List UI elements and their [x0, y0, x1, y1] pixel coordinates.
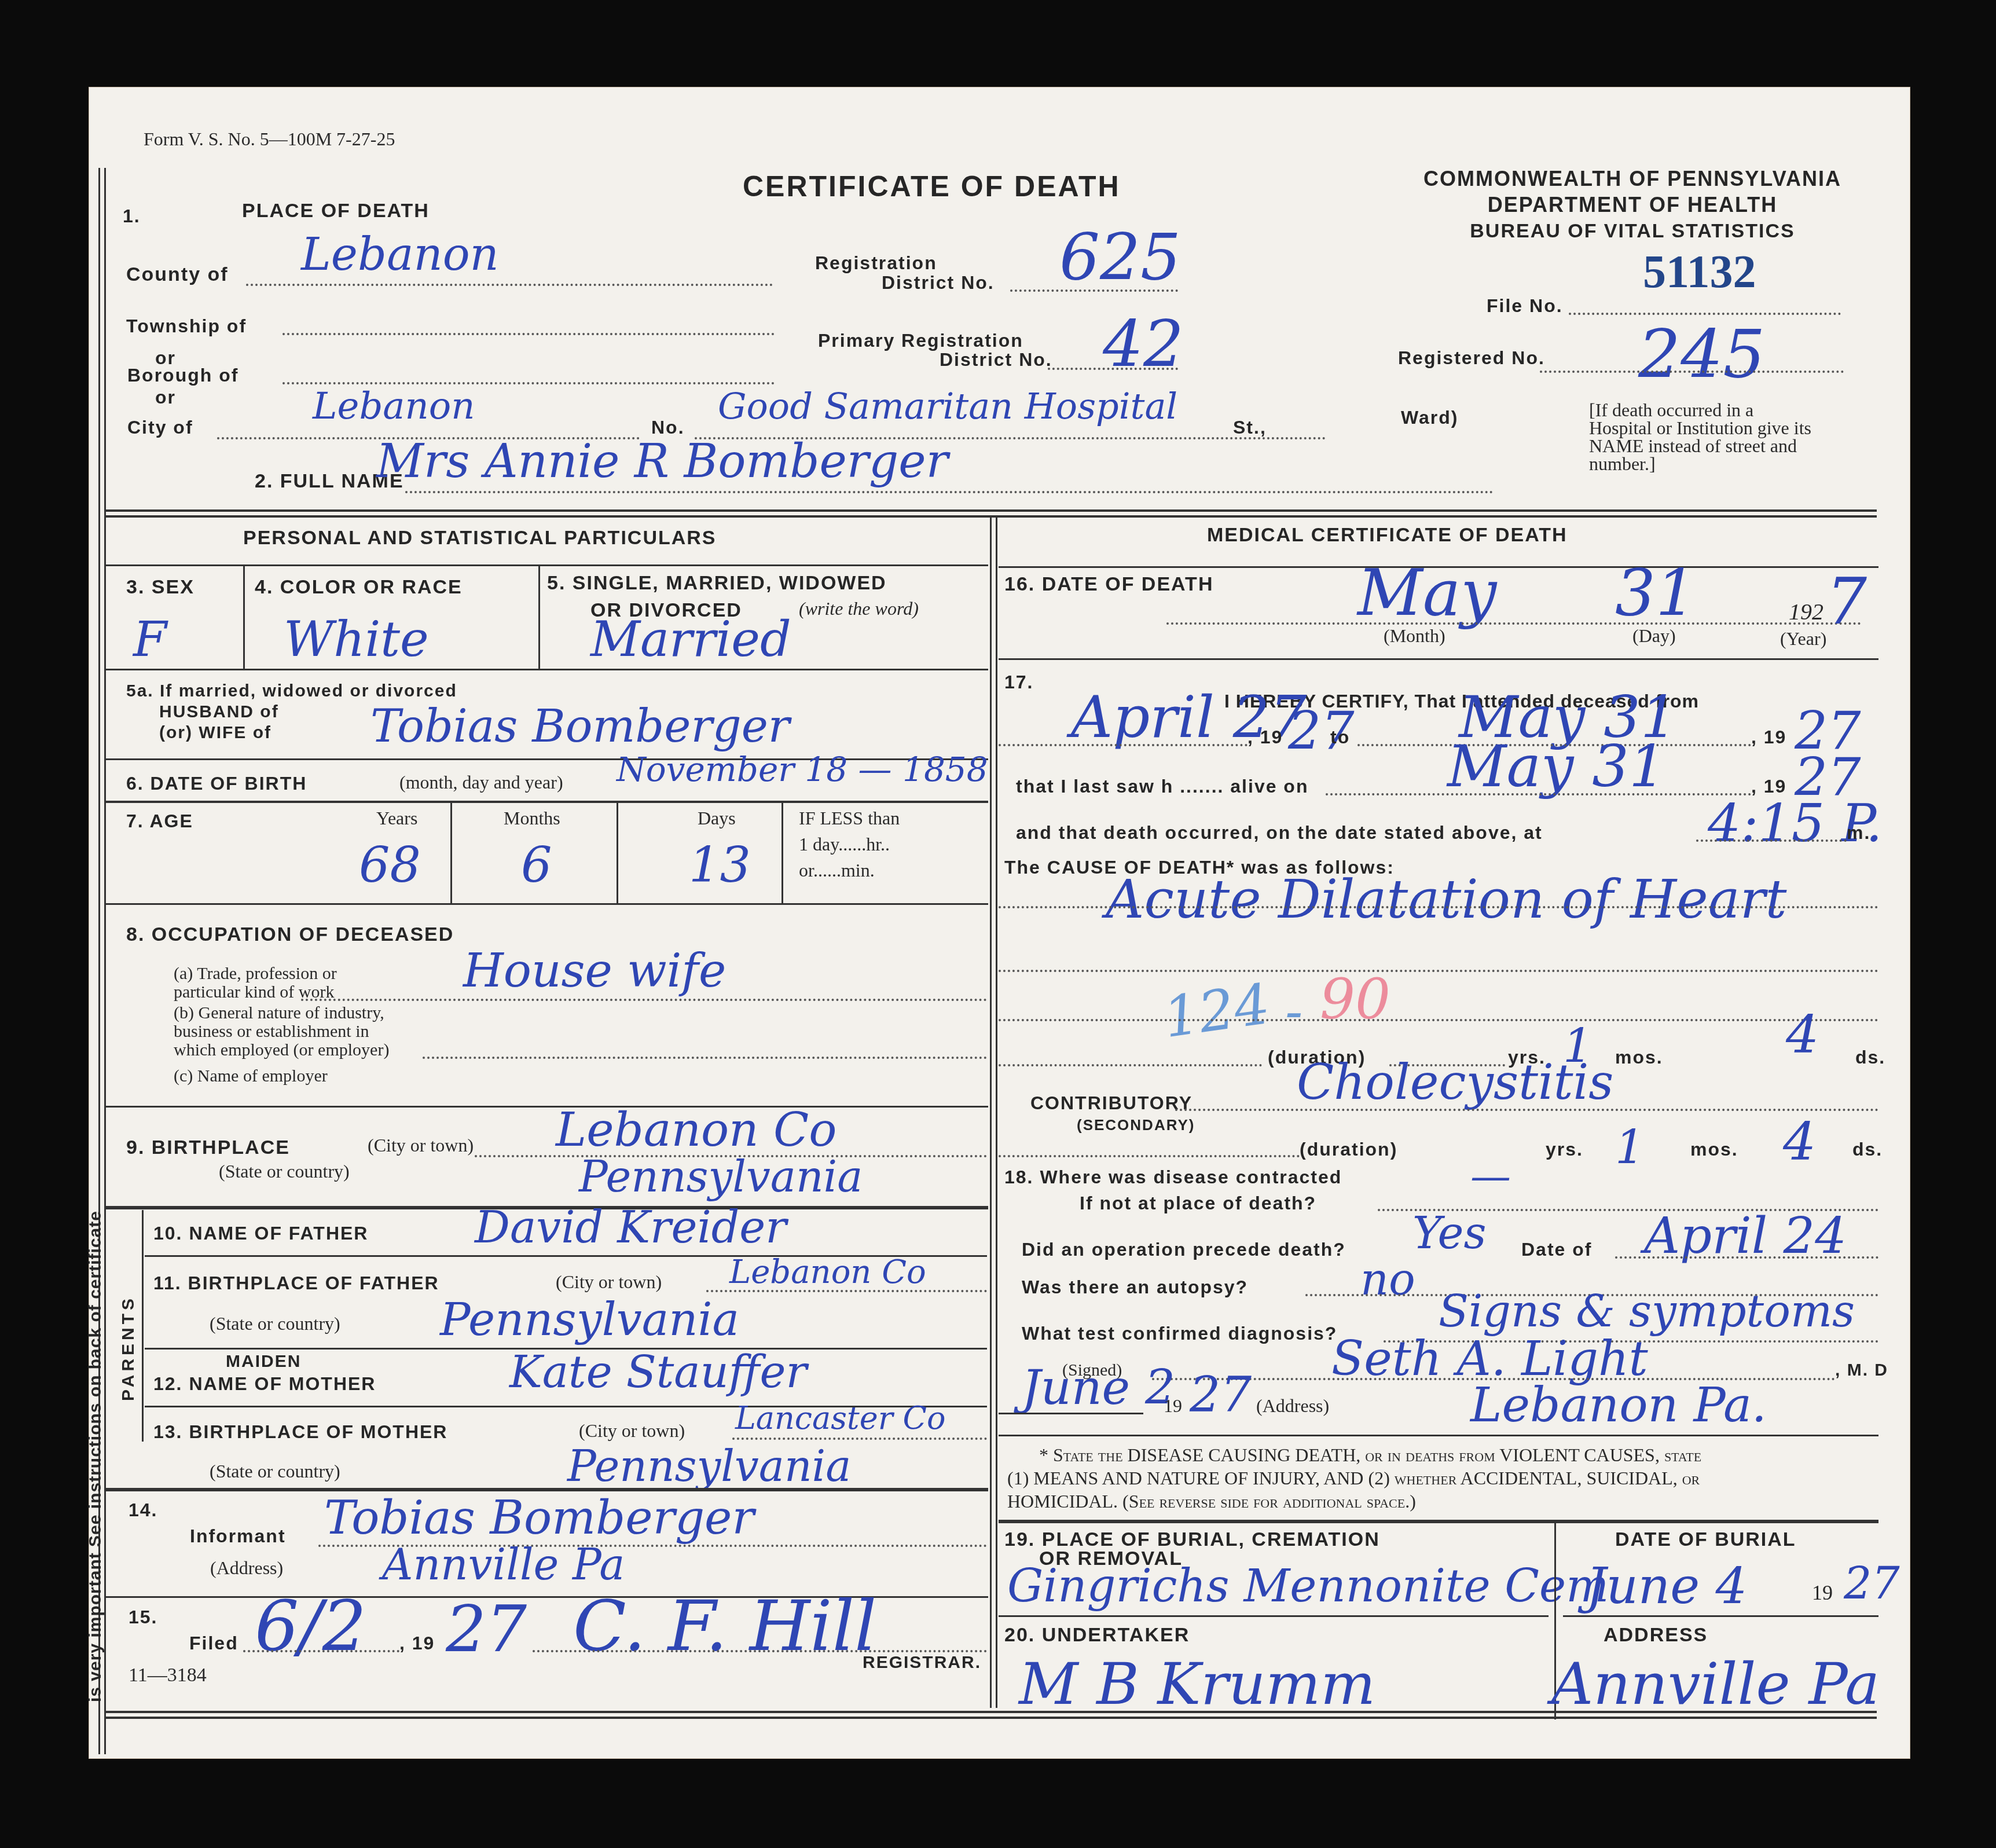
physician-address-label: (Address) [1256, 1395, 1329, 1417]
file-number-line [1569, 313, 1841, 315]
county-value: Lebanon [301, 229, 499, 281]
last-saw-value: May 31 [1447, 732, 1666, 800]
cause-of-death-value: Acute Dilatation of Heart [1106, 868, 1787, 930]
full-name-line [405, 491, 1494, 493]
registration-district-label-2: District No. [882, 272, 995, 294]
last-saw-label: that I last saw h ....... alive on [1016, 776, 1308, 797]
death-year-hint: (Year) [1780, 628, 1826, 650]
burial-place-value: Gingrichs Mennonite Cem [1007, 1560, 1609, 1612]
row-divider [105, 669, 988, 670]
sex-label: 3. SEX [126, 576, 195, 599]
time-of-death-line [1696, 839, 1847, 842]
cell-divider [781, 802, 783, 903]
death-day-hint: (Day) [1632, 625, 1676, 647]
ward-label: Ward) [1401, 407, 1458, 428]
registration-district-label-1: Registration [815, 252, 937, 274]
time-of-death-suffix: m. [1847, 822, 1870, 844]
race-value: White [284, 611, 429, 668]
mother-birthplace-state-value: Pennsylvania [567, 1442, 851, 1491]
marital-label-1: 5. SINGLE, MARRIED, WIDOWED [547, 572, 887, 595]
township-line [282, 333, 775, 335]
cell-divider [450, 802, 452, 903]
attended-to-label: to [1330, 727, 1350, 748]
last-saw-line [1326, 793, 1751, 795]
contributory-value: Cholecystitis [1297, 1054, 1613, 1110]
row-divider [105, 1106, 988, 1108]
marital-value: Married [590, 611, 791, 668]
issuer-department: DEPARTMENT OF HEALTH [1386, 193, 1878, 217]
age-years-value: 68 [359, 837, 421, 893]
dob-hint: (month, day and year) [399, 772, 563, 793]
dob-label: 6. DATE OF BIRTH [126, 773, 307, 794]
attended-to-year-prefix: , 19 [1751, 727, 1786, 748]
registrar-signature: C. F. Hill [573, 1586, 876, 1667]
street-suffix-label: St., [1233, 417, 1267, 438]
cell-divider [538, 564, 540, 669]
signed-year-value: 27 [1190, 1366, 1252, 1423]
father-birthplace-city-line [706, 1290, 987, 1292]
burial-date-value: June 4 [1586, 1557, 1747, 1615]
footnote-line-1: * State the DISEASE CAUSING DEATH, or in… [1039, 1444, 1701, 1466]
print-code: 11—3184 [129, 1664, 207, 1686]
sex-value: F [133, 611, 167, 668]
primary-registration-label-2: District No. [940, 349, 1052, 371]
footnote-line-2: (1) MEANS AND NATURE OF INJURY, AND (2) … [1007, 1468, 1700, 1489]
informant-address-label: (Address) [210, 1557, 283, 1579]
father-birthplace-state-hint: (State or country) [210, 1313, 340, 1334]
filed-date-line [243, 1650, 399, 1652]
informant-name-value: Tobias Bomberger [324, 1491, 754, 1545]
father-birthplace-city-value: Lebanon Co [729, 1253, 926, 1291]
filed-label: Filed [189, 1633, 239, 1654]
father-birthplace-label: 11. BIRTHPLACE OF FATHER [153, 1273, 439, 1294]
contracted-value: — [1470, 1152, 1511, 1200]
burial-year-prefix: 19 [1812, 1581, 1833, 1605]
date-of-death-label: 16. DATE OF DEATH [1004, 573, 1213, 596]
registrar-label: REGISTRAR. [863, 1653, 981, 1673]
operation-date-label: Date of [1521, 1239, 1592, 1260]
death-day-value: 31 [1615, 556, 1696, 630]
contracted-label-1: 18. Where was disease contracted [1004, 1167, 1342, 1188]
cell-divider [243, 564, 245, 669]
margin-instructions-note: is very important See instructions on ba… [86, 1211, 105, 1702]
age-years-label: Years [376, 808, 417, 829]
age-months-value: 6 [521, 837, 552, 893]
city-label: City of [127, 417, 193, 438]
occupation-b-label-3: which employed (or employer) [174, 1040, 389, 1060]
occupation-a-label-1: (a) Trade, profession or [174, 964, 337, 984]
filed-date-value: 6/2 [255, 1586, 366, 1667]
test-label: What test confirmed diagnosis? [1022, 1323, 1337, 1344]
informant-label: Informant [190, 1526, 286, 1547]
or-label-2: or [155, 387, 176, 408]
medical-section-heading: MEDICAL CERTIFICATE OF DEATH [1207, 524, 1568, 547]
birthplace-label: 9. BIRTHPLACE [126, 1136, 290, 1159]
secondary-label: (SECONDARY) [1077, 1116, 1195, 1134]
certificate-title: CERTIFICATE OF DEATH [743, 170, 1121, 203]
burial-place-line [999, 1615, 1549, 1617]
signed-year-prefix: 19 [1164, 1395, 1182, 1417]
contrib-mos-label: mos. [1690, 1139, 1738, 1160]
duration-line [999, 1064, 1262, 1066]
time-of-death-label: and that death occurred, on the date sta… [1016, 822, 1543, 844]
birthplace-state-value: Pennsylvania [579, 1152, 863, 1202]
contrib-duration-months: 1 [1615, 1120, 1645, 1174]
row-divider [105, 801, 988, 803]
burial-date-label: DATE OF BURIAL [1615, 1528, 1796, 1551]
undertaker-address-value: Annville Pa [1551, 1650, 1880, 1718]
registration-district-line [1010, 289, 1178, 292]
father-birthplace-state-value: Pennsylvania [440, 1294, 739, 1346]
column-divider [996, 515, 997, 1708]
cause-line-3 [999, 1019, 1878, 1021]
column-divider [990, 515, 992, 1708]
primary-registration-line [1048, 368, 1178, 370]
borough-line [282, 382, 775, 384]
registered-number-line [1540, 371, 1844, 373]
father-name-value: David Kreider [475, 1201, 787, 1253]
operation-value: Yes [1412, 1207, 1487, 1259]
age-less-label-1: IF LESS than [799, 808, 900, 829]
age-days-label: Days [698, 808, 736, 829]
primary-registration-label-1: Primary Registration [818, 330, 1023, 351]
cell-divider [617, 802, 618, 903]
operation-date-line [1615, 1256, 1878, 1259]
cause-line-1 [999, 906, 1878, 908]
mother-name-value: Kate Stauffer [509, 1346, 807, 1398]
occupation-b-line [423, 1057, 987, 1059]
cause-duration-days: 4 [1786, 1004, 1819, 1065]
spouse-label-1: 5a. If married, widowed or divorced [126, 681, 457, 701]
dob-value: November 18 — 1858 [617, 750, 988, 789]
contrib-yrs-label: yrs. [1546, 1139, 1583, 1160]
street-value: Good Samaritan Hospital [718, 385, 1177, 427]
mother-name-label: 12. NAME OF MOTHER [153, 1373, 376, 1395]
age-days-value: 13 [689, 837, 751, 893]
age-less-label-2: 1 day......hr.. [799, 834, 890, 855]
registrar-line [533, 1650, 987, 1652]
date-of-death-line [1166, 622, 1861, 625]
county-line [246, 284, 773, 286]
occupation-a-line [301, 999, 987, 1001]
row-divider [999, 1520, 1878, 1523]
row-divider [999, 1435, 1878, 1436]
death-month-hint: (Month) [1384, 625, 1445, 647]
item-1-number: 1. [123, 206, 141, 227]
informant-address-value: Annville Pa [382, 1540, 625, 1590]
mother-birthplace-city-value: Lancaster Co [735, 1400, 945, 1436]
contrib-duration-line [999, 1155, 1300, 1157]
personal-section-heading: PERSONAL AND STATISTICAL PARTICULARS [243, 527, 717, 549]
attended-from-year-prefix: , 19 [1247, 727, 1283, 748]
filed-year-prefix: , 19 [399, 1633, 435, 1654]
duration-ds-label: ds. [1855, 1047, 1885, 1068]
occupation-a-value: House wife [463, 944, 726, 998]
township-label: Township of [126, 316, 247, 337]
mother-birthplace-state-hint: (State or country) [210, 1461, 340, 1482]
attended-from-line [999, 744, 1247, 746]
mother-birthplace-city-hint: (City or town) [579, 1420, 685, 1442]
occupation-b-label-1: (b) General nature of industry, [174, 1003, 384, 1023]
burial-date-line [1563, 1615, 1878, 1617]
age-less-label-3: or......min. [799, 860, 875, 881]
signed-date-line [999, 1413, 1143, 1414]
undertaker-label: 20. UNDERTAKER [1004, 1624, 1190, 1647]
item-14-number: 14. [129, 1499, 157, 1521]
father-birthplace-city-hint: (City or town) [556, 1271, 662, 1293]
row-divider [999, 658, 1878, 660]
contracted-label-2: If not at place of death? [1080, 1193, 1316, 1214]
birthplace-city-value: Lebanon Co [556, 1103, 836, 1157]
age-months-label: Months [504, 808, 560, 829]
contrib-duration-days: 4 [1783, 1112, 1816, 1172]
occupation-label: 8. OCCUPATION OF DECEASED [126, 923, 454, 946]
parents-divider [142, 1210, 144, 1442]
item-15-number: 15. [129, 1607, 157, 1628]
signed-date-value: June 2 [1022, 1361, 1175, 1416]
death-year-prefix: 192 [1789, 598, 1823, 625]
city-value: Lebanon [313, 385, 475, 428]
file-number: 51132 [1643, 246, 1756, 299]
marital-label-3: (write the word) [799, 598, 919, 619]
death-year-value: 7 [1826, 564, 1867, 639]
occupation-c-label: (c) Name of employer [174, 1066, 328, 1086]
race-label: 4. COLOR OR RACE [255, 576, 463, 599]
filed-year-value: 27 [446, 1592, 527, 1666]
contrib-ds-label: ds. [1852, 1139, 1883, 1160]
footnote-line-3: HOMICIDAL. (See reverse side for additio… [1007, 1491, 1416, 1512]
borough-label: Borough of [127, 365, 239, 386]
spouse-label-3: (or) WIFE of [159, 723, 271, 743]
item-17-number: 17. [1004, 672, 1033, 693]
autopsy-label: Was there an autopsy? [1022, 1277, 1248, 1298]
footer-divider [105, 1711, 1877, 1719]
physician-address-value: Lebanon Pa. [1470, 1378, 1767, 1433]
undertaker-value: M B Krumm [1019, 1650, 1375, 1718]
birthplace-state-hint: (State or country) [219, 1161, 350, 1182]
full-name-value: Mrs Annie R Bomberger [376, 434, 948, 488]
autopsy-value: no [1360, 1253, 1415, 1305]
undertaker-address-label: ADDRESS [1604, 1624, 1708, 1647]
place-of-death-heading: PLACE OF DEATH [242, 200, 430, 222]
burial-year-value: 27 [1844, 1557, 1900, 1609]
md-label: , M. D [1835, 1361, 1888, 1380]
contrib-duration-label: (duration) [1300, 1139, 1397, 1160]
contributory-label: CONTRIBUTORY [1030, 1092, 1193, 1114]
county-label: County of [126, 263, 229, 286]
form-id: Form V. S. No. 5—100M 7-27-25 [144, 129, 395, 150]
spouse-label-2: HUSBAND of [159, 702, 279, 722]
duration-mos-label: mos. [1615, 1047, 1663, 1068]
hospital-note: [If death occurred in a Hospital or Inst… [1589, 401, 1821, 473]
cause-code-dash: - [1285, 981, 1302, 1042]
row-divider [105, 903, 988, 905]
spouse-value: Tobias Bomberger [370, 701, 790, 753]
issuer-bureau: BUREAU OF VITAL STATISTICS [1386, 220, 1878, 243]
occupation-b-label-2: business or establishment in [174, 1022, 369, 1042]
father-name-label: 10. NAME OF FATHER [153, 1223, 368, 1244]
death-month-value: May [1357, 556, 1496, 630]
file-number-label: File No. [1487, 295, 1563, 317]
cause-line-2 [999, 970, 1878, 972]
registration-district-number: 625 [1059, 220, 1181, 294]
test-value: Signs & symptoms [1439, 1285, 1855, 1337]
registered-number-label: Registered No. [1398, 347, 1545, 369]
operation-label: Did an operation precede death? [1022, 1239, 1346, 1260]
issuer-commonwealth: COMMONWEALTH OF PENNSYLVANIA [1386, 167, 1878, 191]
contributory-line [1175, 1109, 1878, 1111]
mother-birthplace-city-line [732, 1438, 987, 1440]
mother-maiden-label: MAIDEN [226, 1352, 301, 1372]
parents-label: PARENTS [119, 1295, 138, 1401]
birthplace-city-hint: (City or town) [368, 1135, 474, 1156]
cause-code-red: 90 [1320, 967, 1390, 1032]
age-label: 7. AGE [126, 811, 193, 832]
registered-number: 245 [1638, 316, 1766, 393]
mother-birthplace-label: 13. BIRTHPLACE OF MOTHER [153, 1421, 447, 1443]
row-divider [105, 564, 988, 566]
